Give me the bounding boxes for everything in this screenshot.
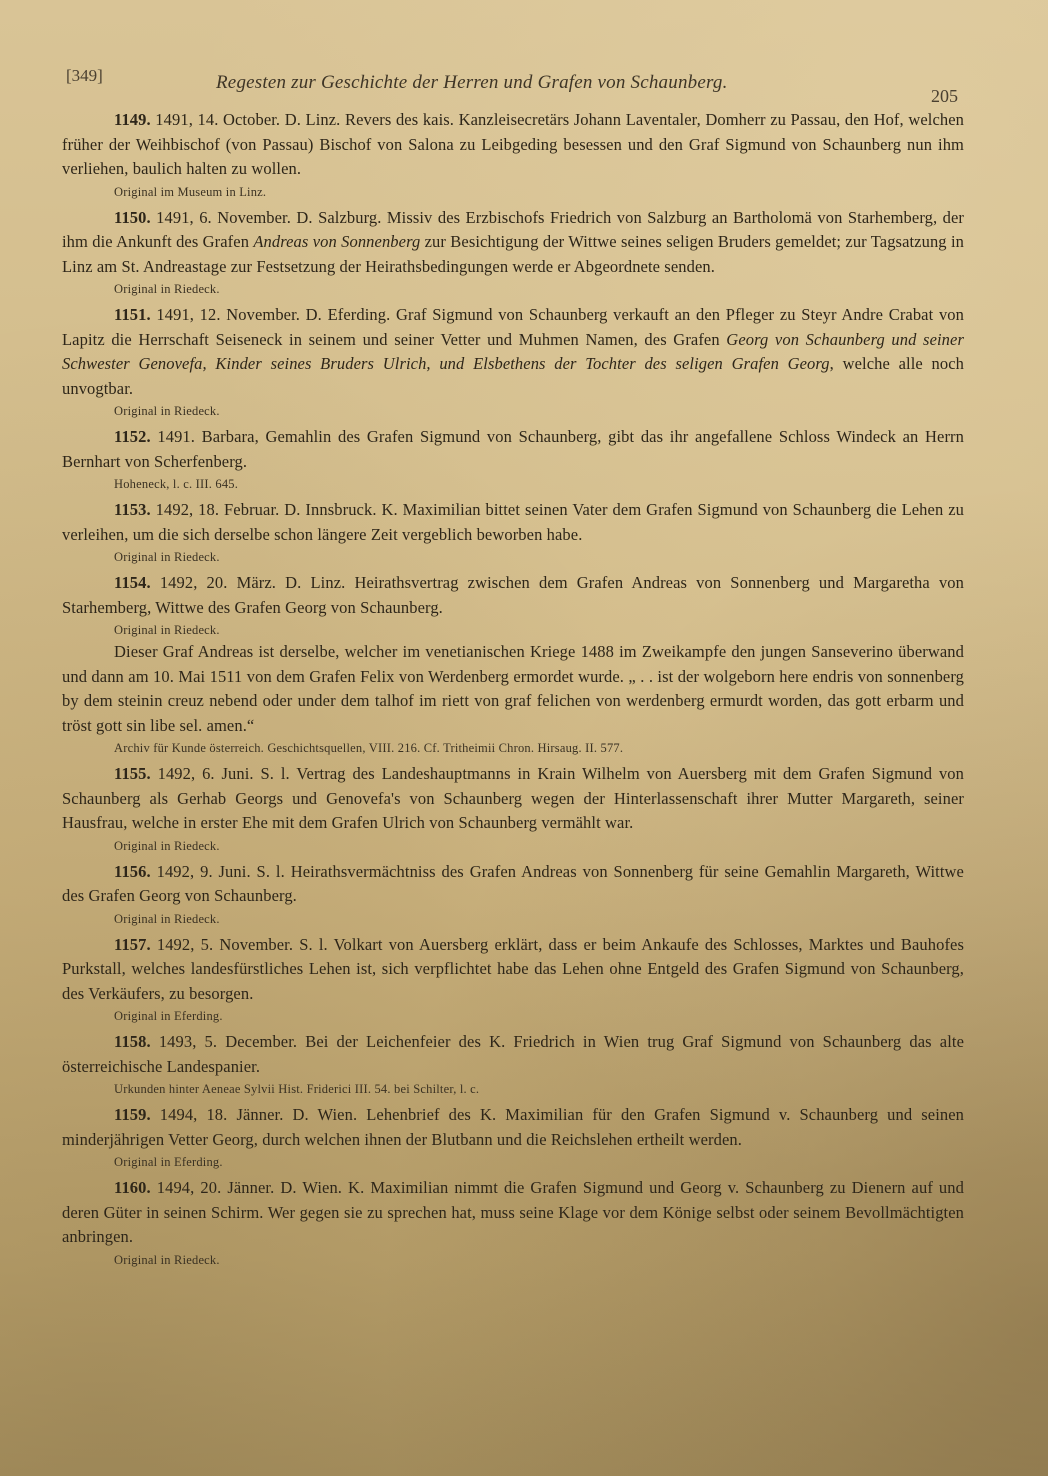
entry-source: Original in Riedeck. bbox=[114, 279, 964, 299]
entry-source: Original in Eferding. bbox=[114, 1006, 964, 1026]
entry-number: 1153. bbox=[114, 500, 151, 519]
document-page: [349] Regesten zur Geschichte der Herren… bbox=[0, 0, 1048, 1476]
entry-number: 1154. bbox=[114, 573, 151, 592]
entry-number: 1150. bbox=[114, 208, 151, 227]
entry-source: Original in Eferding. bbox=[114, 1152, 964, 1172]
entry-source: Original in Riedeck. bbox=[114, 547, 964, 567]
entry-text: 1159. 1494, 18. Jänner. D. Wien. Lehenbr… bbox=[62, 1103, 964, 1152]
entry-text: 1152. 1491. Barbara, Gemahlin des Grafen… bbox=[62, 425, 964, 474]
entry-1153: 1153. 1492, 18. Februar. D. Innsbruck. K… bbox=[62, 498, 964, 567]
entry-source: Original im Museum in Linz. bbox=[114, 182, 964, 202]
entry-source: Hoheneck, l. c. III. 645. bbox=[114, 474, 964, 494]
entry-note: Dieser Graf Andreas ist derselbe, welche… bbox=[62, 640, 964, 738]
entry-number: 1149. bbox=[114, 110, 151, 129]
entry-text: 1153. 1492, 18. Februar. D. Innsbruck. K… bbox=[62, 498, 964, 547]
entry-number: 1157. bbox=[114, 935, 151, 954]
entry-number: 1152. bbox=[114, 427, 151, 446]
entry-text: 1150. 1491, 6. November. D. Salzburg. Mi… bbox=[62, 206, 964, 280]
entry-1159: 1159. 1494, 18. Jänner. D. Wien. Lehenbr… bbox=[62, 1103, 964, 1172]
entry-text: 1158. 1493, 5. December. Bei der Leichen… bbox=[62, 1030, 964, 1079]
note-source: Archiv für Kunde österreich. Geschichtsq… bbox=[114, 738, 964, 758]
entry-1154: 1154. 1492, 20. März. D. Linz. Heirathsv… bbox=[62, 571, 964, 758]
entry-1151: 1151. 1491, 12. November. D. Eferding. G… bbox=[62, 303, 964, 421]
entry-source: Original in Riedeck. bbox=[114, 909, 964, 929]
entry-text: 1149. 1491, 14. October. D. Linz. Revers… bbox=[62, 108, 964, 182]
entry-source: Urkunden hinter Aeneae Sylvii Hist. Frid… bbox=[114, 1079, 964, 1099]
entry-text: 1151. 1491, 12. November. D. Eferding. G… bbox=[62, 303, 964, 401]
running-title: Regesten zur Geschichte der Herren und G… bbox=[216, 72, 728, 94]
entry-text: 1154. 1492, 20. März. D. Linz. Heirathsv… bbox=[62, 571, 964, 620]
regesten-list: 1149. 1491, 14. October. D. Linz. Revers… bbox=[62, 108, 964, 1274]
entry-1155: 1155. 1492, 6. Juni. S. l. Vertrag des L… bbox=[62, 762, 964, 856]
entry-text: 1155. 1492, 6. Juni. S. l. Vertrag des L… bbox=[62, 762, 964, 836]
entry-number: 1158. bbox=[114, 1032, 151, 1051]
entry-1160: 1160. 1494, 20. Jänner. D. Wien. K. Maxi… bbox=[62, 1176, 964, 1270]
entry-number: 1156. bbox=[114, 862, 151, 881]
entry-1157: 1157. 1492, 5. November. S. l. Volkart v… bbox=[62, 933, 964, 1027]
entry-1150: 1150. 1491, 6. November. D. Salzburg. Mi… bbox=[62, 206, 964, 300]
entry-1158: 1158. 1493, 5. December. Bei der Leichen… bbox=[62, 1030, 964, 1099]
entry-source: Original in Riedeck. bbox=[114, 401, 964, 421]
entry-source: Original in Riedeck. bbox=[114, 836, 964, 856]
entry-text: 1156. 1492, 9. Juni. S. l. Heirathsvermä… bbox=[62, 860, 964, 909]
original-page-number: [349] bbox=[66, 66, 103, 86]
running-header: [349] Regesten zur Geschichte der Herren… bbox=[66, 62, 958, 92]
entry-text: 1160. 1494, 20. Jänner. D. Wien. K. Maxi… bbox=[62, 1176, 964, 1250]
entry-number: 1160. bbox=[114, 1178, 151, 1197]
entry-text: 1157. 1492, 5. November. S. l. Volkart v… bbox=[62, 933, 964, 1007]
entry-source: Original in Riedeck. bbox=[114, 1250, 964, 1270]
entry-1152: 1152. 1491. Barbara, Gemahlin des Grafen… bbox=[62, 425, 964, 494]
entry-source: Original in Riedeck. bbox=[114, 620, 964, 640]
entry-number: 1155. bbox=[114, 764, 151, 783]
entry-1149: 1149. 1491, 14. October. D. Linz. Revers… bbox=[62, 108, 964, 202]
entry-1156: 1156. 1492, 9. Juni. S. l. Heirathsvermä… bbox=[62, 860, 964, 929]
entry-number: 1159. bbox=[114, 1105, 151, 1124]
page-number: 205 bbox=[931, 86, 958, 107]
entry-number: 1151. bbox=[114, 305, 151, 324]
